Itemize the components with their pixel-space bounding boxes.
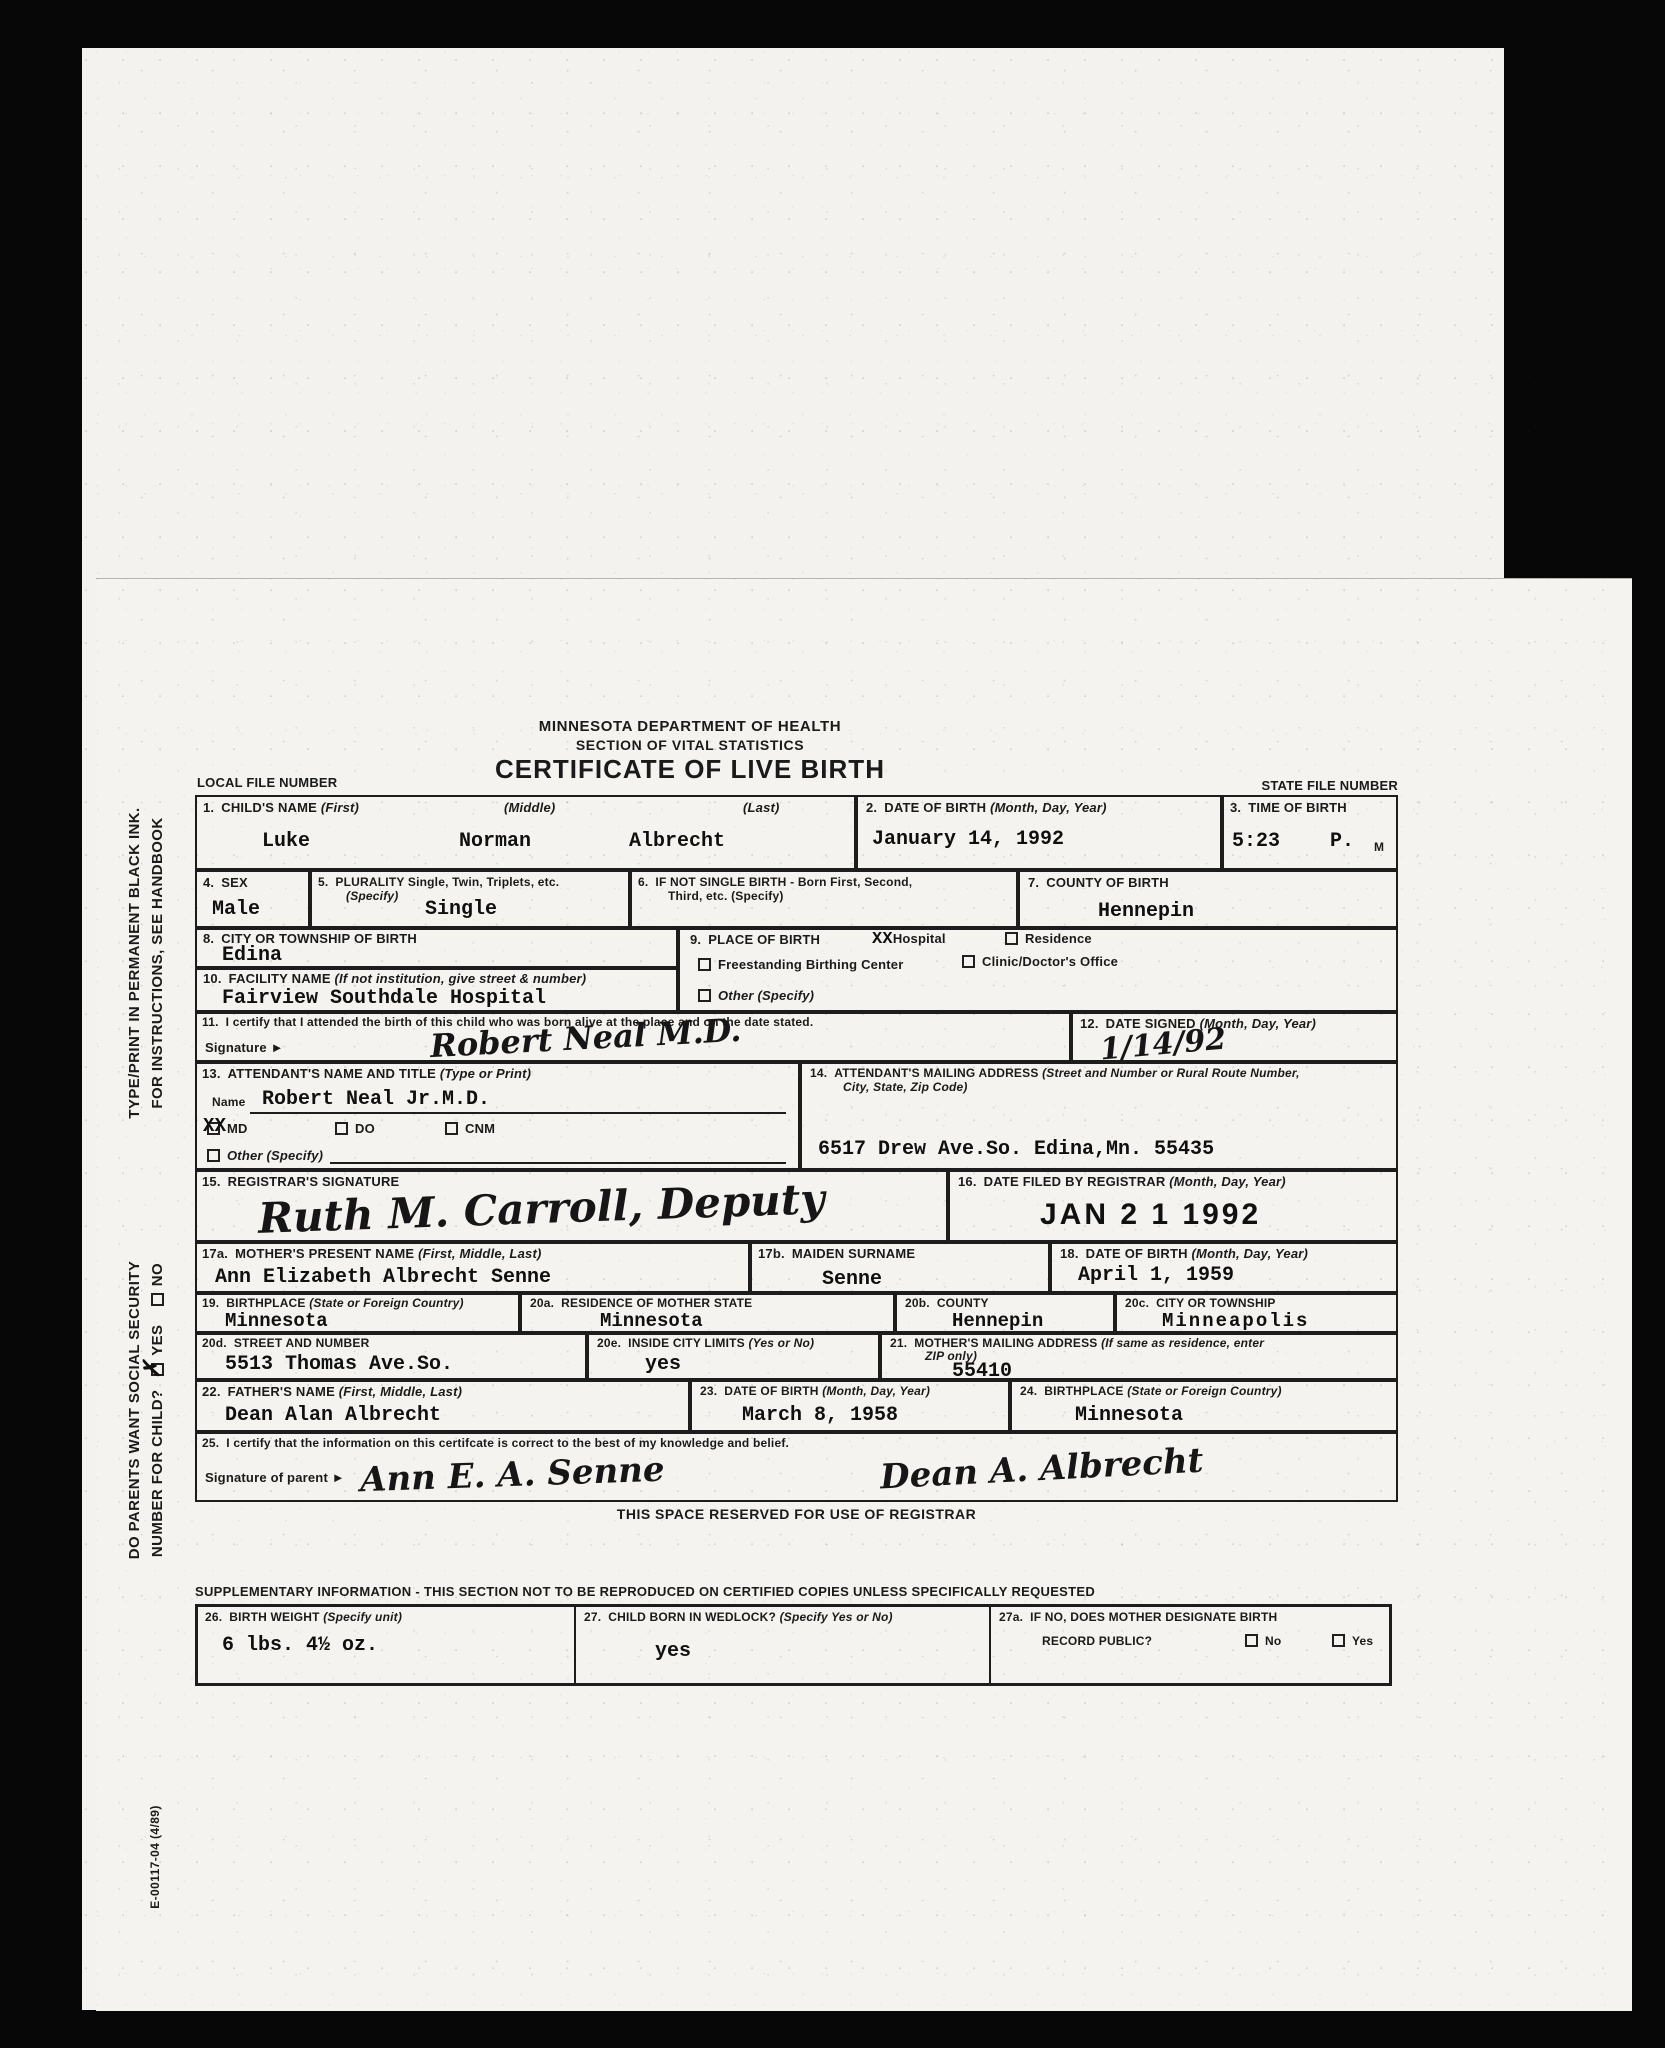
county-of-birth-label: 7.COUNTY OF BIRTH	[1028, 875, 1169, 891]
hospital-xx-mark: XX	[872, 930, 893, 949]
state-file-number-label: STATE FILE NUMBER	[1150, 778, 1398, 794]
clinic-checkbox	[962, 955, 975, 968]
wedlock-label: 27.CHILD BORN IN WEDLOCK? (Specify Yes o…	[584, 1610, 893, 1624]
cnm-checkbox	[445, 1122, 458, 1135]
scanned-birth-certificate: MINNESOTA DEPARTMENT OF HEALTH SECTION O…	[0, 0, 1665, 2048]
supp-divider-2	[989, 1604, 991, 1686]
father-birthplace-value: Minnesota	[1075, 1406, 1183, 1426]
mother-name-label: 17a.MOTHER'S PRESENT NAME (First, Middle…	[202, 1246, 542, 1262]
maiden-surname-label: 17b.MAIDEN SURNAME	[758, 1246, 915, 1262]
dept-title: MINNESOTA DEPARTMENT OF HEALTH	[440, 718, 940, 736]
record-public-yes-option: Yes	[1332, 1634, 1373, 1648]
md-xx-mark: XX	[203, 1115, 226, 1137]
record-public-no-option: No	[1245, 1634, 1281, 1648]
mother-mailing-zip-value: 55410	[952, 1362, 1012, 1382]
city-of-birth-value: Edina	[222, 946, 282, 966]
record-public-yes-checkbox	[1332, 1634, 1345, 1647]
father-name-value: Dean Alan Albrecht	[225, 1406, 441, 1426]
do-option: DO	[335, 1121, 375, 1137]
residence-option: Residence	[1005, 931, 1092, 947]
clinic-option: Clinic/Doctor's Office	[962, 954, 1118, 970]
parent-signature-1: Ann E. A. Senne	[359, 1453, 665, 1498]
date-filed-stamp: JAN 2 1 1992	[1040, 1200, 1261, 1230]
wedlock-value: yes	[655, 1642, 691, 1662]
margin-ink-instructions: TYPE/PRINT IN PERMANENT BLACK INK.FOR IN…	[124, 728, 172, 1198]
residence-checkbox	[1005, 932, 1018, 945]
cnm-option: CNM	[445, 1121, 495, 1137]
md-option: XXMD	[207, 1121, 248, 1137]
attendant-other-checkbox	[207, 1149, 220, 1162]
form-number: E-00117-04 (4/89)	[146, 1762, 162, 1952]
do-checkbox	[335, 1122, 348, 1135]
mother-birthplace-label: 19.BIRTHPLACE (State or Foreign Country)	[202, 1296, 464, 1310]
local-file-number-label: LOCAL FILE NUMBER	[197, 775, 337, 791]
margin-ssn-question: DO PARENTS WANT SOCIAL SECURITY NUMBER F…	[124, 1220, 172, 1600]
street-number-label: 20d.STREET AND NUMBER	[202, 1336, 369, 1350]
time-am-pm-value: P.	[1330, 832, 1354, 852]
registrar-signature-label: 15.REGISTRAR'S SIGNATURE	[202, 1174, 399, 1190]
time-of-birth-value: 5:23	[1232, 832, 1280, 852]
sex-label: 4.SEX	[203, 875, 248, 891]
attendant-name-label: 13.ATTENDANT'S NAME AND TITLE (Type or P…	[202, 1066, 531, 1082]
freestanding-option: Freestanding Birthing Center	[698, 957, 903, 973]
attendant-address-value: 6517 Drew Ave.So. Edina,Mn. 55435	[818, 1140, 1214, 1160]
father-dob-label: 23.DATE OF BIRTH (Month, Day, Year)	[700, 1384, 930, 1398]
section-title: SECTION OF VITAL STATISTICS	[440, 737, 940, 754]
child-last-name-value: Albrecht	[629, 832, 725, 852]
signature-of-parent-label: Signature of parent ►	[205, 1470, 345, 1486]
father-dob-value: March 8, 1958	[742, 1406, 898, 1426]
facility-name-label: 10.FACILITY NAME (If not institution, gi…	[203, 971, 586, 987]
birth-weight-value: 6 lbs. 4½ oz.	[222, 1636, 378, 1656]
freestanding-checkbox	[698, 958, 711, 971]
date-filed-label: 16.DATE FILED BY REGISTRAR (Month, Day, …	[958, 1174, 1286, 1190]
ssn-no-checkbox	[151, 1293, 164, 1306]
maiden-surname-value: Senne	[822, 1270, 882, 1290]
plurality-label: 5.PLURALITY Single, Twin, Triplets, etc.	[318, 875, 559, 889]
inside-city-limits-value: yes	[645, 1355, 681, 1375]
supplementary-header: SUPPLEMENTARY INFORMATION - THIS SECTION…	[195, 1584, 1095, 1600]
record-public-no-checkbox	[1245, 1634, 1258, 1647]
mother-county-value: Hennepin	[952, 1312, 1043, 1331]
mother-city-label: 20c.CITY OR TOWNSHIP	[1125, 1296, 1276, 1310]
mother-residence-state-value: Minnesota	[600, 1312, 703, 1331]
last-label: (Last)	[743, 800, 780, 816]
childs-name-label: 1.CHILD'S NAME (First)	[203, 800, 359, 816]
record-public-label: 27a.IF NO, DOES MOTHER DESIGNATE BIRTH	[999, 1610, 1277, 1624]
facility-name-value: Fairview Southdale Hospital	[222, 989, 546, 1009]
ssn-yes-mark: ✗	[139, 1360, 165, 1379]
place-other-option: Other (Specify)	[698, 988, 814, 1004]
record-public-label2: RECORD PUBLIC?	[1042, 1634, 1152, 1648]
plurality-value: Single	[425, 900, 497, 920]
attendant-address-label2: City, State, Zip Code)	[843, 1080, 968, 1094]
mother-city-value: Minneapolis	[1162, 1312, 1309, 1331]
page-title: CERTIFICATE OF LIVE BIRTH	[440, 754, 940, 785]
father-name-label: 22.FATHER'S NAME (First, Middle, Last)	[202, 1384, 462, 1400]
inside-city-limits-label: 20e.INSIDE CITY LIMITS (Yes or No)	[597, 1336, 814, 1350]
attendant-name-value: Robert Neal Jr.M.D.	[262, 1090, 490, 1110]
mother-dob-label: 18.DATE OF BIRTH (Month, Day, Year)	[1060, 1246, 1308, 1262]
not-single-birth-label: 6.IF NOT SINGLE BIRTH - Born First, Seco…	[638, 875, 912, 889]
birth-weight-label: 26.BIRTH WEIGHT (Specify unit)	[205, 1610, 402, 1624]
attendant-other-underline	[330, 1146, 786, 1164]
middle-label: (Middle)	[504, 800, 555, 816]
mother-name-value: Ann Elizabeth Albrecht Senne	[215, 1268, 551, 1288]
child-middle-name-value: Norman	[459, 832, 531, 852]
mother-county-label: 20b.COUNTY	[905, 1296, 989, 1310]
hospital-option: XXHospital	[872, 931, 946, 948]
time-of-birth-label: 3.TIME OF BIRTH	[1230, 800, 1347, 816]
date-of-birth-label: 2.DATE OF BIRTH (Month, Day, Year)	[866, 800, 1107, 816]
plurality-specify-label: (Specify)	[346, 889, 398, 903]
place-of-birth-label: 9.PLACE OF BIRTH	[690, 932, 820, 948]
mother-dob-value: April 1, 1959	[1078, 1266, 1234, 1286]
not-single-birth-label2: Third, etc. (Specify)	[668, 889, 784, 903]
street-number-value: 5513 Thomas Ave.So.	[225, 1355, 453, 1375]
parent-certification-text: 25.I certify that the information on thi…	[202, 1436, 789, 1450]
mother-birthplace-value: Minnesota	[225, 1312, 328, 1331]
signature-label: Signature ►	[205, 1040, 284, 1056]
sex-value: Male	[212, 900, 260, 920]
father-birthplace-label: 24.BIRTHPLACE (State or Foreign Country)	[1020, 1384, 1282, 1398]
mother-residence-state-label: 20a.RESIDENCE OF MOTHER STATE	[530, 1296, 752, 1310]
time-m-label: M	[1374, 840, 1384, 854]
supp-divider-1	[574, 1604, 576, 1686]
date-of-birth-value: January 14, 1992	[872, 830, 1064, 850]
child-first-name-value: Luke	[262, 832, 310, 852]
attendant-address-label: 14.ATTENDANT'S MAILING ADDRESS (Street a…	[810, 1066, 1300, 1080]
registrar-space-note: THIS SPACE RESERVED FOR USE OF REGISTRAR	[195, 1506, 1398, 1523]
attendant-other-option: Other (Specify)	[207, 1148, 323, 1164]
attendant-name-name-label: Name	[212, 1095, 245, 1109]
county-of-birth-value: Hennepin	[1098, 902, 1194, 922]
place-other-checkbox	[698, 989, 711, 1002]
